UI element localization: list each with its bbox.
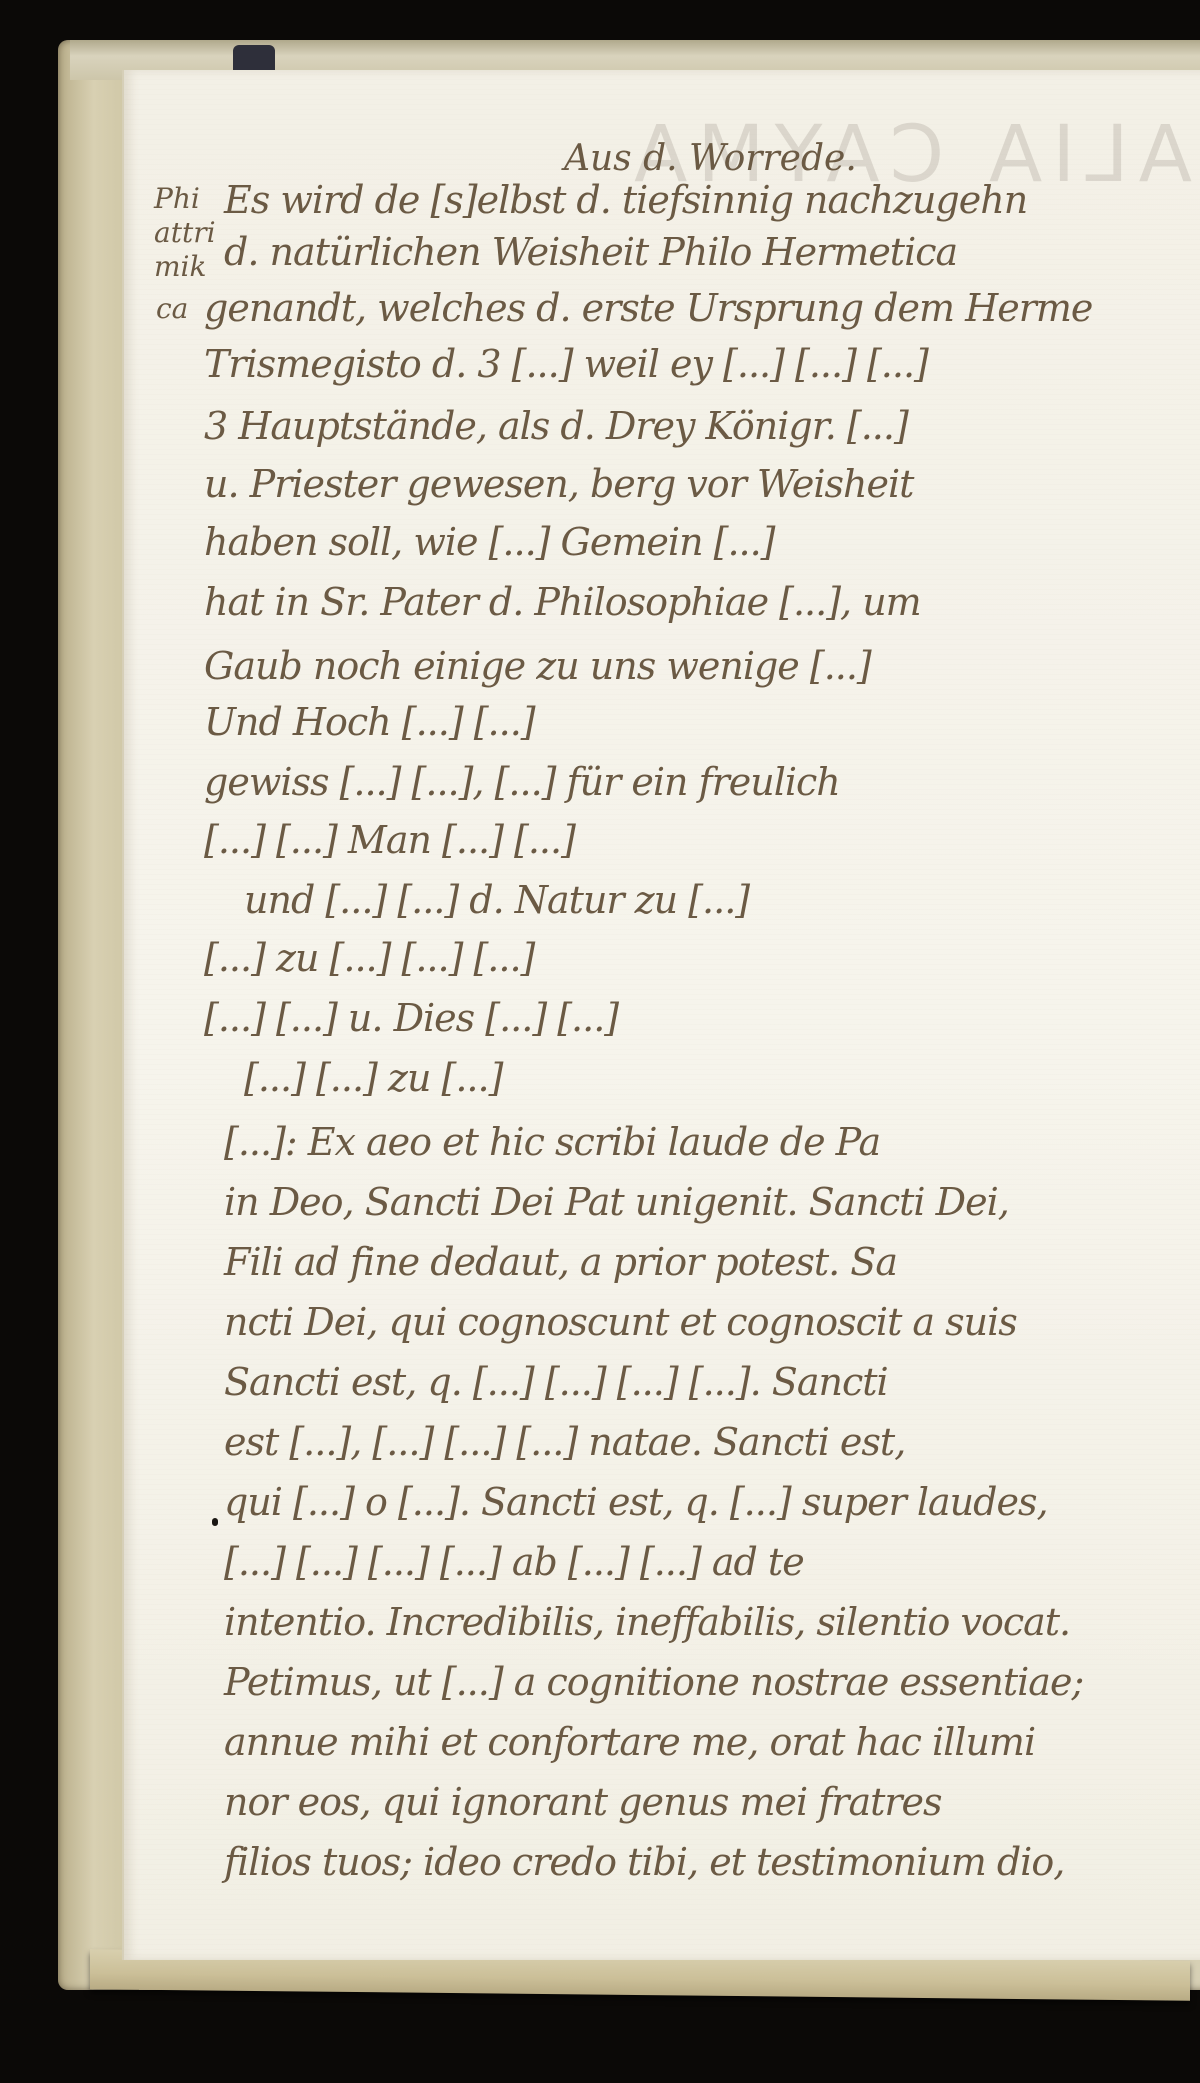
text-line: Sancti est, q. [...] [...] [...] [...]. … bbox=[224, 1360, 888, 1404]
text-line: ncti Dei, qui cognoscunt et cognoscit a … bbox=[224, 1300, 1017, 1344]
text-line: d. natürlichen Weisheit Philo Hermetica bbox=[224, 230, 957, 274]
text-line: u. Priester gewesen, berg vor Weisheit bbox=[204, 462, 913, 506]
margin-note: attri bbox=[154, 216, 216, 249]
text-line: nor eos, qui ignorant genus mei fratres bbox=[224, 1780, 942, 1824]
text-line: [...] [...] [...] [...] ab [...] [...] a… bbox=[224, 1540, 804, 1584]
text-line: [...] [...] u. Dies [...] [...] bbox=[204, 996, 618, 1040]
text-line: intentio. Incredibilis, ineffabilis, sil… bbox=[224, 1600, 1070, 1644]
text-line: Es wird de [s]elbst d. tiefsinnig nachzu… bbox=[224, 178, 1027, 222]
page-heading: Aus d. Worrede. bbox=[564, 138, 857, 179]
text-line: genandt, welches d. erste Ursprung dem H… bbox=[204, 286, 1092, 330]
margin-note: ca bbox=[156, 292, 188, 325]
text-line: Und Hoch [...] [...] bbox=[204, 700, 535, 744]
text-line: est [...], [...] [...] [...] natae. Sanc… bbox=[224, 1420, 905, 1464]
text-line: filios tuos; ideo credo tibi, et testimo… bbox=[224, 1840, 1064, 1884]
text-line: gewiss [...] [...], [...] für ein freuli… bbox=[204, 760, 840, 804]
text-line: Petimus, ut [...] a cognitione nostrae e… bbox=[224, 1660, 1083, 1704]
text-line: [...] [...] Man [...] [...] bbox=[204, 818, 575, 862]
text-line: haben soll, wie [...] Gemein [...] bbox=[204, 520, 775, 564]
text-line: 3 Hauptstände, als d. Drey Königr. [...] bbox=[204, 404, 908, 448]
text-line: Fili ad fine dedaut, a prior potest. Sa bbox=[224, 1240, 897, 1284]
text-line: und [...] [...] d. Natur zu [...] bbox=[244, 878, 749, 922]
text-line: Gaub noch einige zu uns wenige [...] bbox=[204, 644, 871, 688]
text-line: Trismegisto d. 3 [...] weil ey [...] [..… bbox=[204, 342, 928, 386]
text-line: qui [...] o [...]. Sancti est, q. [...] … bbox=[224, 1480, 1048, 1524]
text-line: hat in Sr. Pater d. Philosophiae [...], … bbox=[204, 580, 921, 624]
manuscript-page: MAGNALIA CAYMA Aus d. Worrede. Phi attri… bbox=[122, 70, 1200, 1960]
margin-note: Phi bbox=[154, 182, 200, 215]
text-line: [...] [...] zu [...] bbox=[244, 1056, 502, 1100]
margin-note: mik bbox=[154, 250, 206, 283]
text-line: annue mihi et confortare me, orat hac il… bbox=[224, 1720, 1035, 1764]
text-line: [...]: Ex aeo et hic scribi laude de Pa bbox=[224, 1120, 880, 1164]
text-line: in Deo, Sancti Dei Pat unigenit. Sancti … bbox=[224, 1180, 1009, 1224]
ink-dot bbox=[212, 1518, 218, 1526]
text-line: [...] zu [...] [...] [...] bbox=[204, 936, 534, 980]
